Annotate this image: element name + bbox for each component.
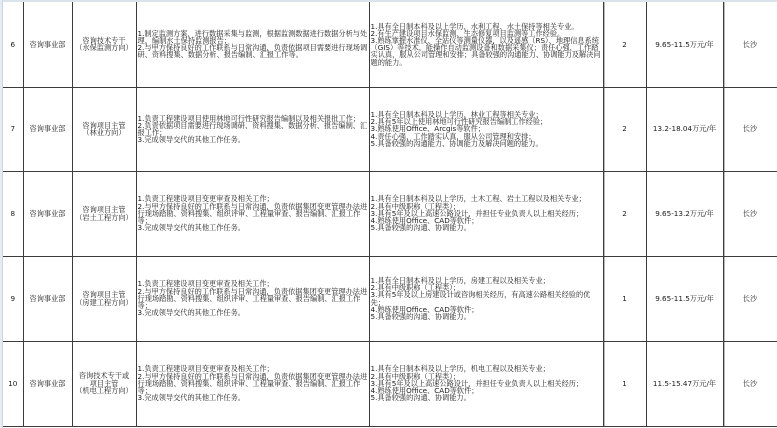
job-postings-table: 6 咨询事业部 咨询技术专干 （水保监测方向） 1.制定监测方案，进行数据采集与… [3, 2, 777, 427]
headcount-cell[interactable]: 2 [603, 87, 646, 171]
position-direction: （机电工程方向） [74, 387, 135, 394]
requirements-cell[interactable]: 1.具有全日制本科及以上学历，房建工程以及相关专业； 2.具有中级职称（工程类）… [369, 256, 603, 341]
requirement-item: 3.具有5年及以上房建设计或咨询相关经历，有高速公路相关经验的优先； [371, 291, 602, 305]
duties-cell[interactable]: 1.制定监测方案，进行数据采集与监测，根据监测数据进行数据分析与处理，编制水土保… [136, 2, 369, 87]
duties-cell[interactable]: 1.负责工程建设项目变更审查及相关工作； 2.与甲方保持良好的工作联系与日常沟通… [136, 341, 369, 426]
headcount-cell[interactable]: 1 [603, 256, 646, 341]
duties-cell[interactable]: 1.负责工程建设项目使用林地可行性研究报告编制以及相关报批工作； 2.负责依据项… [136, 87, 369, 171]
requirements-cell[interactable]: 1.具有全日制本科及以上学历，土木工程、岩土工程以及相关专业； 2.具有中级职称… [369, 171, 603, 256]
department-cell[interactable]: 咨询事业部 [23, 87, 72, 171]
requirements-cell[interactable]: 1.具有全日制本科及以上学历，机电工程以及相关专业； 2.具有中级职称（工程类）… [369, 341, 603, 426]
requirements-cell[interactable]: 1.具有全日制本科及以上学历，水利工程、水土保持等相关专业。 2.有生产建设项目… [369, 2, 603, 87]
duty-item: 3.完成领导交代的其他工作任务。 [138, 136, 368, 143]
position-cell[interactable]: 咨询技术专干 （水保监测方向） [72, 2, 136, 87]
location-cell[interactable]: 长沙 [723, 171, 777, 256]
table-row: 9 咨询事业部 咨询项目主管 （房建工程方向） 1.负责工程建设项目变更审查及相… [3, 256, 777, 341]
table-row: 10 咨询事业部 咨询技术专干或 项目主管 （机电工程方向） 1.负责工程建设项… [3, 341, 777, 426]
position-direction: （林业方向） [74, 129, 135, 136]
duty-item: 2.与甲方保持良好的工作联系与日常沟通，负责依据集团变更管理办法进行现场踏勘、资… [138, 373, 368, 395]
salary-cell[interactable]: 11.5-15.47万元/年 [646, 341, 723, 426]
location-cell[interactable]: 长沙 [723, 2, 777, 87]
duty-item: 2.与甲方保持良好的工作联系与日常沟通，负责依据集团变更管理办法进行现场踏勘、资… [138, 203, 368, 225]
salary-cell[interactable]: 9.65-11.5万元/年 [646, 256, 723, 341]
position-cell[interactable]: 咨询项目主管 （林业方向） [72, 87, 136, 171]
headcount-cell[interactable]: 1 [603, 341, 646, 426]
requirements-cell[interactable]: 1.具有全日制本科及以上学历，林业工程等相关专业； 2.具有5年以上使用林地可行… [369, 87, 603, 171]
duty-item: 1.制定监测方案，进行数据采集与监测，根据监测数据进行数据分析与处理，编制水土保… [138, 30, 368, 44]
department-cell[interactable]: 咨询事业部 [23, 341, 72, 426]
position-cell[interactable]: 咨询项目主管 （房建工程方向） [72, 256, 136, 341]
requirement-item: 3.熟练掌握水准仪、全站仪等测量仪器，以及遥感（RS）、地理信息系统（GIS）等… [371, 37, 602, 66]
row-number-cell[interactable]: 10 [3, 341, 23, 426]
row-number-cell[interactable]: 7 [3, 87, 23, 171]
salary-cell[interactable]: 9.65-13.2万元/年 [646, 171, 723, 256]
duty-item: 3.完成领导交代的其他工作任务。 [138, 309, 368, 316]
duties-cell[interactable]: 1.负责工程建设项目变更审查及相关工作； 2.与甲方保持良好的工作联系与日常沟通… [136, 171, 369, 256]
position-cell[interactable]: 咨询项目主管 （岩土工程方向） [72, 171, 136, 256]
duty-item: 3.完成领导交代的其他工作任务。 [138, 394, 368, 401]
location-cell[interactable]: 长沙 [723, 256, 777, 341]
department-cell[interactable]: 咨询事业部 [23, 256, 72, 341]
table-row: 7 咨询事业部 咨询项目主管 （林业方向） 1.负责工程建设项目使用林地可行性研… [3, 87, 777, 171]
position-direction: （水保监测方向） [74, 44, 135, 51]
position-direction: （房建工程方向） [74, 299, 135, 306]
duty-item: 2.与甲方保持良好的工作联系与日常沟通，负责依据集团变更管理办法进行现场踏勘、资… [138, 288, 368, 310]
requirement-item: 5.具备较强的沟通、协调能力。 [371, 224, 602, 231]
row-number-cell[interactable]: 9 [3, 256, 23, 341]
salary-cell[interactable]: 9.65-11.5万元/年 [646, 2, 723, 87]
position-cell[interactable]: 咨询技术专干或 项目主管 （机电工程方向） [72, 341, 136, 426]
requirement-item: 5.具备较强的沟通、协调能力。 [371, 313, 602, 320]
duty-item: 2.与甲方保持良好的工作联系与日常沟通，负责依据项目需要进行现场调研、资料搜集、… [138, 44, 368, 58]
duty-item: 3.完成领导交代的其他工作任务。 [138, 224, 368, 231]
location-cell[interactable]: 长沙 [723, 87, 777, 171]
table-row: 6 咨询事业部 咨询技术专干 （水保监测方向） 1.制定监测方案，进行数据采集与… [3, 2, 777, 87]
requirement-item: 5.具备较强的沟通能力、协调能力及解决问题的能力。 [371, 140, 602, 147]
duties-cell[interactable]: 1.负责工程建设项目变更审查及相关工作； 2.与甲方保持良好的工作联系与日常沟通… [136, 256, 369, 341]
requirement-item: 5.具备较强的沟通、协调能力。 [371, 394, 602, 401]
position-direction: （岩土工程方向） [74, 214, 135, 221]
headcount-cell[interactable]: 2 [603, 171, 646, 256]
department-cell[interactable]: 咨询事业部 [23, 2, 72, 87]
department-cell[interactable]: 咨询事业部 [23, 171, 72, 256]
salary-cell[interactable]: 13.2-18.04万元/年 [646, 87, 723, 171]
row-number-cell[interactable]: 8 [3, 171, 23, 256]
row-number-cell[interactable]: 6 [3, 2, 23, 87]
duty-item: 2.负责依据项目需要进行现场调研、资料搜集、数据分析、报告编制、汇报工作； [138, 122, 368, 136]
table-row: 8 咨询事业部 咨询项目主管 （岩土工程方向） 1.负责工程建设项目变更审查及相… [3, 171, 777, 256]
headcount-cell[interactable]: 2 [603, 2, 646, 87]
location-cell[interactable]: 长沙 [723, 341, 777, 426]
